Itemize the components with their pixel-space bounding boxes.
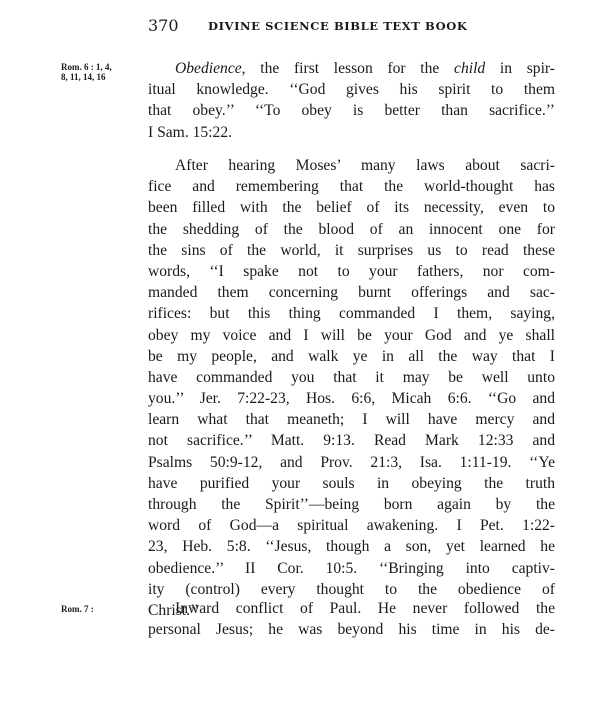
- text-line: word of God—a spiritual awakening. I Pet…: [148, 515, 555, 536]
- margin-note-rom-6: Rom. 6 : 1, 4, 8, 11, 14, 16: [61, 62, 141, 82]
- margin-note-line: 8, 11, 14, 16: [61, 72, 141, 82]
- text-line: obey my voice and I will be your God and…: [148, 325, 555, 346]
- text-line: After hearing Moses’ many laws about sac…: [148, 155, 555, 176]
- text-line: Inward conflict of Paul. He never follow…: [148, 598, 555, 619]
- text-line: have commanded you that it may be well u…: [148, 367, 555, 388]
- text-line: obedience.’’ II Cor. 10:5. ‘‘Bringing in…: [148, 558, 555, 579]
- text-line: you.’’ Jer. 7:22-23, Hos. 6:6, Micah 6:6…: [148, 388, 555, 409]
- text-line: manded them concerning burnt offerings a…: [148, 282, 555, 303]
- text-line: have purified your souls in obeying the …: [148, 473, 555, 494]
- italic-term-child: child: [454, 60, 485, 77]
- text-line: fice and remembering that the world-thou…: [148, 176, 555, 197]
- page-number: 370: [148, 16, 179, 35]
- margin-note-line: Rom. 7 :: [61, 604, 141, 614]
- text-line: that obey.’’ ‘‘To obey is better than sa…: [148, 100, 555, 121]
- text-line: through the Spirit’’—being born again by…: [148, 494, 555, 515]
- text-line: the shedding of the blood of an innocent…: [148, 219, 555, 240]
- text-line: ity (control) every thought to the obedi…: [148, 579, 555, 600]
- text-line: been filled with the belief of its neces…: [148, 197, 555, 218]
- italic-term-obedience: Obedience: [175, 60, 242, 77]
- text-line: the sins of the world, it surprises us t…: [148, 240, 555, 261]
- text-line: 23, Heb. 5:8. ‘‘Jesus, though a son, yet…: [148, 536, 555, 557]
- text-line: Obedience, the first lesson for the chil…: [148, 58, 555, 79]
- text-line: words, ‘‘I spake not to your fathers, no…: [148, 261, 555, 282]
- text-line: rifices: but this thing commanded I them…: [148, 303, 555, 324]
- text-line: Psalms 50:9-12, and Prov. 21:3, Isa. 1:1…: [148, 452, 555, 473]
- text-line: itual knowledge. ‘‘God gives his spirit …: [148, 79, 555, 100]
- text-line: personal Jesus; he was beyond his time i…: [148, 619, 555, 640]
- text-line: learn what that meaneth; I will have mer…: [148, 409, 555, 430]
- page-header: 370 DIVINE SCIENCE BIBLE TEXT BOOK: [148, 16, 558, 38]
- paragraph-sacrifice: After hearing Moses’ many laws about sac…: [148, 155, 555, 621]
- text-line: I Sam. 15:22.: [148, 122, 555, 143]
- margin-note-line: Rom. 6 : 1, 4,: [61, 62, 141, 72]
- text-line: not sacrifice.’’ Matt. 9:13. Read Mark 1…: [148, 430, 555, 451]
- running-title: DIVINE SCIENCE BIBLE TEXT BOOK: [208, 19, 467, 33]
- text-fragment: , the first lesson for the: [242, 60, 454, 77]
- paragraph-obedience: Obedience, the first lesson for the chil…: [148, 58, 555, 143]
- paragraph-paul: Inward conflict of Paul. He never follow…: [148, 598, 555, 640]
- text-line: be my people, and walk ye in all the way…: [148, 346, 555, 367]
- text-fragment: in spir-: [485, 60, 555, 77]
- margin-note-rom-7: Rom. 7 :: [61, 604, 141, 614]
